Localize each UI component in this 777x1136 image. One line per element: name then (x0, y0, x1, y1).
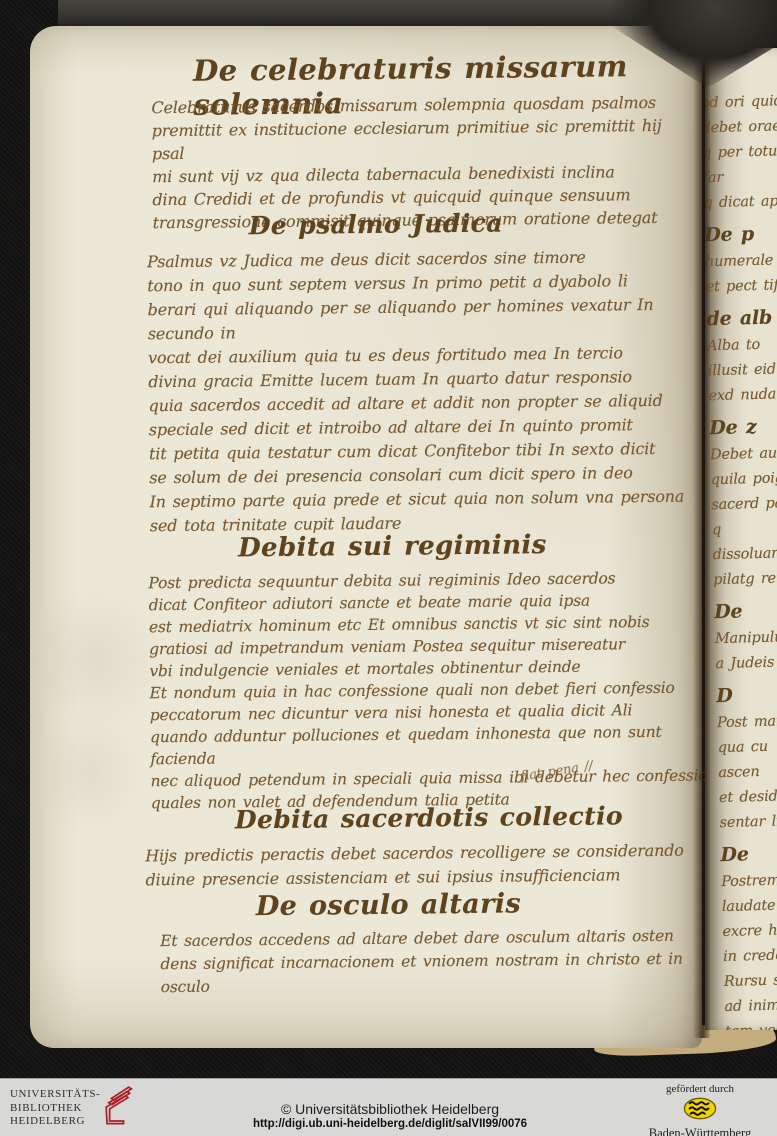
funder-name: Baden-Württemberg (629, 1126, 771, 1136)
manuscript-page: De celebraturis missarum solemnia Celebr… (30, 26, 702, 1048)
section-heading-debita-sacerdotis-collectio: Debita sacerdotis collectio (235, 801, 623, 834)
section-body-de-psalmo-judica: Psalmus vz Judica me deus dicit sacerdos… (147, 244, 705, 538)
margin-heading: De p (705, 220, 777, 248)
section-heading-debita-sui-regiminis: Debita sui regiminis (238, 530, 547, 563)
margin-heading: De (720, 840, 777, 868)
funder-block: gefördert durch Baden-Württemberg (629, 1083, 771, 1136)
margin-heading: De z (709, 413, 777, 441)
caption-center: © Universitätsbibliothek Heidelberg http… (240, 1101, 540, 1130)
margin-text-group: Alba to illusit eid exd nuda (707, 332, 777, 409)
margin-text-group: od ori quid debet orae q per totu far q … (705, 89, 777, 216)
margin-heading: D (716, 681, 777, 709)
copyright-line: © Universitätsbibliothek Heidelberg (240, 1101, 540, 1117)
manuscript-text-layer: De celebraturis missarum solemnia Celebr… (25, 23, 708, 1052)
margin-heading: de alb (706, 304, 777, 332)
funded-by-label: gefördert durch (629, 1083, 771, 1095)
margin-text-group: Manipulu a Judeis lig (715, 625, 777, 677)
margin-text-group: Postremo laudate sue excre hy in credo d… (721, 868, 777, 1030)
source-url: http://digi.ub.uni-heidelberg.de/diglit/… (240, 1118, 540, 1130)
baden-wuerttemberg-arms-icon (629, 1097, 771, 1125)
margin-text-group: Debet au quila poigi sacerd pa q dissolu… (710, 441, 777, 593)
scan-viewport: De celebraturis missarum solemnia Celebr… (0, 0, 777, 1136)
ub-heidelberg-logo-icon (94, 1084, 134, 1136)
section-heading-de-osculo-altaris: De osculo altaris (256, 888, 521, 922)
margin-text-group: Post man qua cu ascen et desideriu senta… (717, 709, 777, 836)
page-gutter-shadow (693, 30, 710, 1038)
section-body-debita-sui-regiminis: Post predicta sequuntur debita sui regim… (148, 566, 711, 814)
caption-bar: UNIVERSITÄTS- BIBLIOTHEK HEIDELBERG © Un… (0, 1078, 777, 1136)
facing-page-edge: od ori quid debet orae q per totu far q … (705, 48, 777, 1030)
library-wordmark: UNIVERSITÄTS- BIBLIOTHEK HEIDELBERG (10, 1088, 100, 1129)
section-body-debita-sacerdotis-collectio: Hijs predictis peractis debet sacerdos r… (145, 838, 710, 892)
section-heading-de-psalmo-judica: De psalmo Judica (249, 209, 503, 241)
facing-page-text: od ori quid debet orae q per totu far q … (705, 89, 777, 1030)
section-body-de-osculo-altaris: Et sacerdos accedens ad altare debet dar… (160, 924, 716, 999)
margin-heading: De (714, 597, 777, 625)
margin-text-group: humerale f et pect tifa (705, 248, 777, 300)
